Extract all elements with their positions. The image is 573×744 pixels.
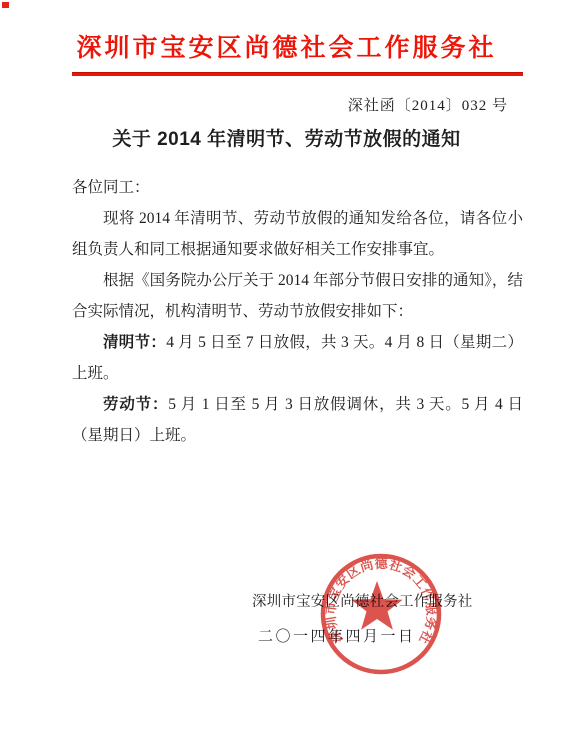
- paragraph-laodong: 劳动节：5 月 1 日至 5 月 3 日放假调休，共 3 天。5 月 4 日（星…: [72, 389, 523, 451]
- salutation: 各位同工：: [72, 172, 523, 203]
- document-number: 深社函〔2014〕032 号: [0, 98, 508, 114]
- paragraph-qingming: 清明节：4 月 5 日至 7 日放假，共 3 天。4 月 8 日（星期二）上班。: [72, 327, 523, 389]
- qingming-label: 清明节：: [103, 334, 166, 351]
- paragraph-basis: 根据《国务院办公厅关于 2014 年部分节假日安排的通知》，结合实际情况，机构清…: [72, 265, 523, 327]
- letterhead-org-name: 深圳市宝安区尚德社会工作服务社: [0, 36, 573, 62]
- laodong-label: 劳动节：: [103, 396, 168, 413]
- notice-body: 各位同工： 现将 2014 年清明节、劳动节放假的通知发给各位，请各位小组负责人…: [72, 172, 523, 451]
- notice-title: 关于 2014 年清明节、劳动节放假的通知: [0, 130, 573, 149]
- letterhead-rule: [72, 72, 523, 76]
- official-seal: 深圳市宝安区尚德社会工作服务社: [311, 544, 451, 684]
- scan-corner-mark: [2, 2, 9, 8]
- document-page: { "meta": { "corner_mark_color": "#e0261…: [0, 0, 573, 744]
- star-icon: [351, 581, 402, 630]
- paragraph-intro: 现将 2014 年清明节、劳动节放假的通知发给各位，请各位小组负责人和同工根据通…: [72, 203, 523, 265]
